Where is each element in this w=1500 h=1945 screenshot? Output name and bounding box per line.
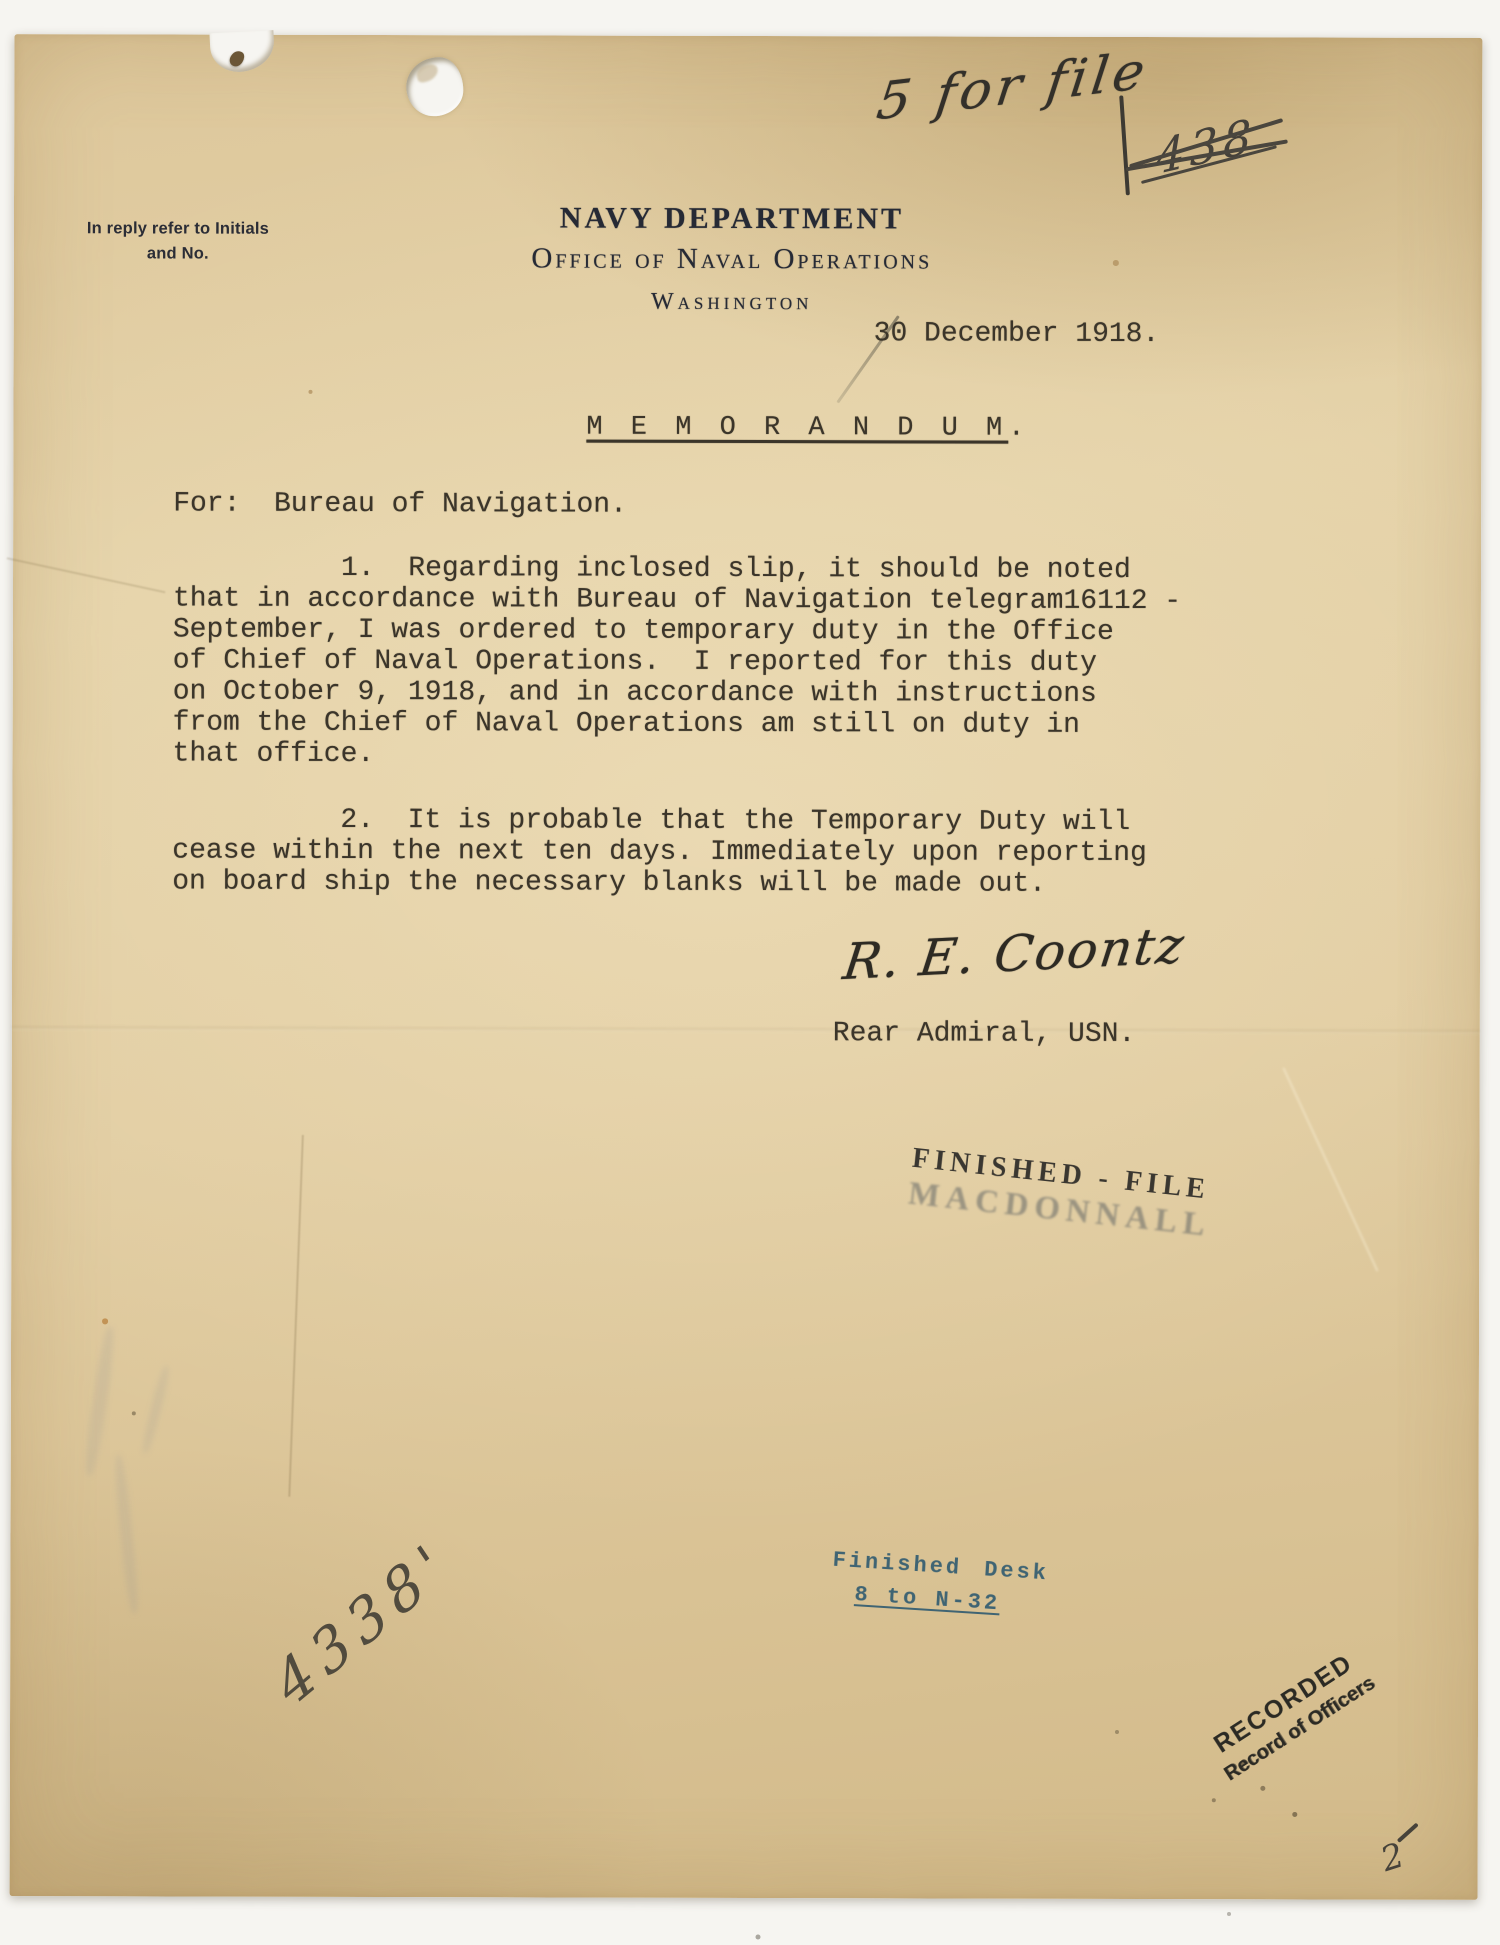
paper-specks [14,34,16,36]
handwritten-file-note: 5 for file [873,41,1152,132]
memo-title: M E M O R A N D U M. [586,413,1030,445]
paragraph-2: 2. It is probable that the Temporary Dut… [172,804,1147,900]
crease-line [1282,1067,1378,1271]
finished-desk-stamp: Finished Desk 8 to N-32 [830,1548,1050,1620]
refer-note: In reply refer to Initials and No. [72,216,284,267]
finished-desk-stamp-line2: 8 to N-32 [854,1582,1048,1619]
fold-crease [12,1026,1480,1034]
signature: R. E. Coontz [840,916,1189,991]
letterhead-city: Washington [432,288,1032,317]
pencil-smudge [140,1365,172,1455]
finished-file-stamp: FINISHED - FILE MACDONNALL [907,1143,1217,1245]
recorded-stamp-line1: RECORDED [1171,1624,1397,1784]
finished-file-stamp-line2: MACDONNALL [907,1176,1213,1245]
crease-line [288,1135,304,1497]
recorded-stamp: RECORDED Record of Officers [1171,1624,1411,1807]
signature-title: Rear Admiral, USN. [833,1018,1136,1050]
paragraph-1: 1. Regarding inclosed slip, it should be… [173,552,1182,772]
scanner-dust [0,0,2,2]
pencil-tick [1397,1823,1419,1843]
crossed-out-number: 438 [1114,89,1300,215]
memo-title-text: M E M O R A N D U M [586,413,1008,444]
corner-mark: 2 [1376,1835,1409,1880]
scanner-background: In reply refer to Initials and No. NAVY … [0,0,1500,1945]
handwritten-docket-number: 4338' [262,1526,464,1720]
refer-note-line1: In reply refer to Initials [72,216,284,242]
pen-stroke [1119,95,1130,195]
date-line: 30 December 1918. [874,318,1160,350]
recorded-stamp-line2: Record of Officers [1189,1652,1411,1807]
letterhead-office: Office of Naval Operations [432,242,1032,277]
finished-file-stamp-line1: FINISHED - FILE [911,1143,1217,1207]
letterhead: NAVY DEPARTMENT Office of Naval Operatio… [432,201,1032,317]
memo-page: In reply refer to Initials and No. NAVY … [10,34,1483,1900]
finished-desk-stamp-line1: Finished Desk [832,1548,1050,1587]
crease-line [7,557,166,593]
for-line: For: Bureau of Navigation. [173,488,627,520]
pencil-smudge [82,1326,117,1476]
punch-hole [406,57,463,116]
refer-note-line2: and No. [72,241,284,267]
letterhead-department: NAVY DEPARTMENT [432,201,1032,237]
pencil-smudge [112,1454,140,1614]
memo-title-period: . [1008,414,1030,444]
